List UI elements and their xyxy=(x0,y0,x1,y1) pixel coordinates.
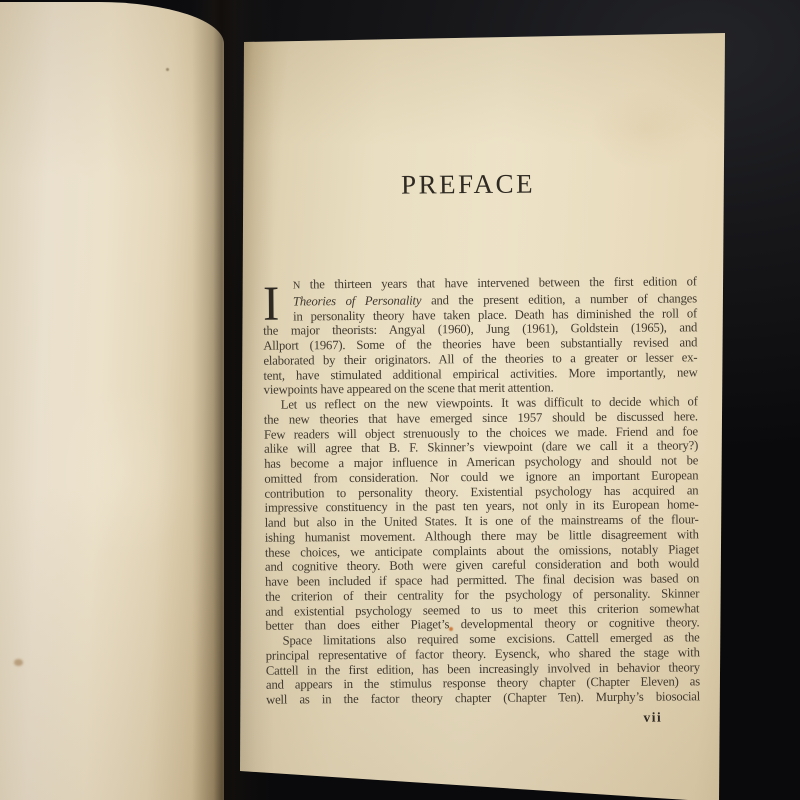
left-page-blank xyxy=(0,2,224,800)
page-highlight xyxy=(52,382,192,562)
page-number: vii xyxy=(643,710,662,726)
preface-lines: N the thirteen years that have intervene… xyxy=(263,274,700,707)
italic-text: Theories of Personality xyxy=(293,293,421,308)
ink-speck xyxy=(166,68,169,71)
page-title: PREFACE xyxy=(249,167,687,201)
right-page-content: PREFACE I N the thirteen years that have… xyxy=(259,0,703,800)
foxing-spot xyxy=(14,659,23,666)
text-span: and the present edition, a number of cha… xyxy=(421,291,697,307)
text-span: the thirteen years that have intervened … xyxy=(300,274,697,291)
text-line: well as in the factor theory chapter (Ch… xyxy=(266,689,700,707)
book-photo: PREFACE I N the thirteen years that have… xyxy=(0,0,800,800)
